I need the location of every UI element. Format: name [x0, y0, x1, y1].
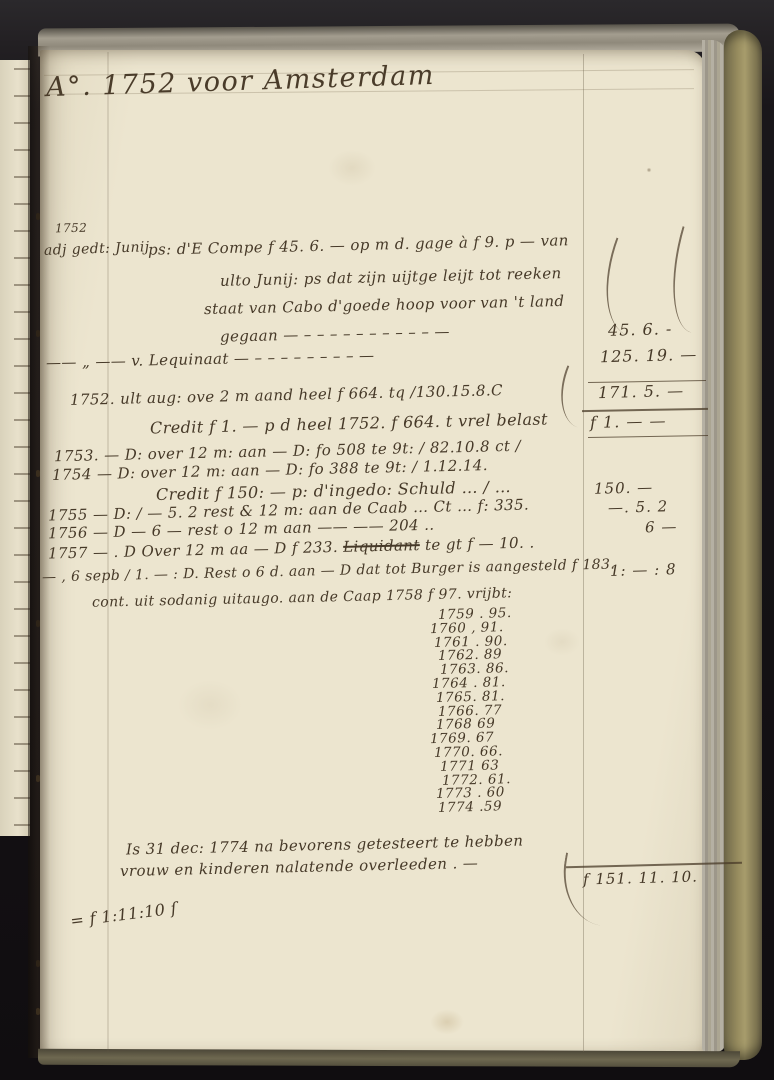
total-amount-value: f 151. 11. 10. [583, 867, 698, 888]
payout-years-list: 1759 . 95. 1760 , 91. 1761 . 90. 1762. 8… [428, 608, 512, 815]
amount-value: 171. 5. — [598, 381, 685, 402]
ledger-entry-year: 1752 [55, 221, 87, 236]
amount-value: 150. — [594, 478, 654, 498]
book-cover-edge [724, 30, 762, 1060]
facing-page-edge [0, 60, 30, 836]
amount-value: —. 5. 2 [608, 497, 669, 517]
bottom-page-edges [38, 1049, 740, 1067]
entry-1757-struck-word: Liquidant [343, 536, 420, 556]
amount-value: 45. 6. - [608, 319, 673, 340]
binding-gutter-shadow [28, 46, 50, 1058]
right-page-edges [702, 40, 726, 1052]
amount-value: 6 — [645, 518, 678, 537]
payout-year-row: 1774 .59 [438, 800, 512, 816]
amount-value: 1: — : 8 [610, 560, 677, 580]
scanned-ledger-photo: A°. 1752 voor Amsterdam 1752 adj gedt: J… [0, 0, 774, 1080]
binding-stitches [36, 213, 40, 220]
amount-value: 125. 19. — [600, 345, 698, 367]
entry-1757-post: te gt f — 10. . [420, 533, 535, 554]
amount-value: f 1. — — [590, 411, 667, 432]
